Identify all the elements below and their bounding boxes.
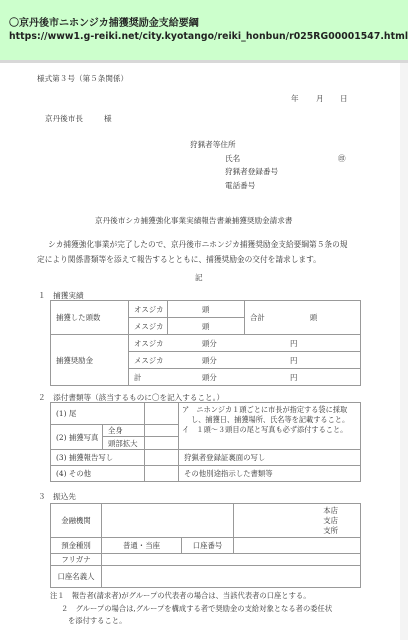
photo-head-check-cell[interactable] [145, 437, 179, 450]
furigana-label: フリガナ [51, 554, 102, 566]
total-unit: 頭 [310, 313, 317, 322]
branch-option-main: 本店 [239, 506, 338, 516]
female-count-label: メスジカ [129, 318, 168, 335]
branch-option-office: 支所 [239, 526, 338, 536]
photo-head-label: 頭部拡大 [103, 437, 145, 450]
address-label: 狩猟者等住所 [190, 139, 236, 150]
account-number-label: 口座番号 [182, 538, 234, 554]
female-bounty-row[interactable]: メスジカ頭分円 [129, 352, 361, 369]
page-header: 〇京丹後市ニホンジカ捕獲奨励金支給要綱 https://www1.g-reiki… [0, 0, 408, 60]
bank-transfer-table: 金融機関 本店 支店 支所 預金種別 普通・当座 口座番号 フリガナ 口座名義人 [50, 503, 361, 588]
registration-number-label: 狩猟者登録番号 [225, 166, 278, 177]
section3-heading: ３ 振込先 [38, 491, 76, 502]
addressee-name: 京丹後市長 [45, 113, 83, 124]
attachments-table: (1) 尾 ア ニホンジカ１頭ごとに市長が指定する袋に採取し、捕獲日、捕獲場所、… [50, 402, 361, 482]
account-holder-cell[interactable] [102, 566, 361, 588]
report-copy-note: 狩猟者登録証裏面の写し [179, 450, 361, 466]
total-label: 合計 [250, 313, 265, 322]
male-bounty-row[interactable]: オスジカ頭分円 [129, 335, 361, 352]
body-line-2: 定により関係書類等を添えて報告するとともに、捕獲奨励金の交付を請求します。 [37, 254, 321, 265]
bank-label: 金融機関 [51, 504, 102, 538]
other-check-cell[interactable] [145, 466, 179, 482]
footnote-2-line-1: ２ グループの場合は,グループを構成する者で奨励金の支給対象となる者の委任状 [61, 604, 332, 614]
bounty-label: 捕獲奨励金 [51, 335, 129, 386]
attachment-report-copy: (3) 捕獲報告写し [51, 450, 145, 466]
body-line-1: シカ捕獲強化事業が完了したので、京丹後市ニホンジカ捕獲奨励金支給要綱第５条の規 [48, 239, 347, 250]
bank-name-cell[interactable] [102, 504, 234, 538]
date-month: 月 [316, 93, 324, 104]
report-copy-check-cell[interactable] [145, 450, 179, 466]
attachment-photo: (2) 捕獲写真 [51, 425, 103, 450]
account-holder-label: 口座名義人 [51, 566, 102, 588]
attachment-tail: (1) 尾 [51, 403, 145, 425]
photo-full-check-cell[interactable] [145, 425, 179, 437]
page-title: 〇京丹後市ニホンジカ捕獲奨励金支給要綱 [9, 14, 199, 29]
furigana-cell[interactable] [102, 554, 361, 566]
attachment-other: (4) その他 [51, 466, 145, 482]
source-url[interactable]: https://www1.g-reiki.net/city.kyotango/r… [9, 31, 408, 42]
tail-photo-notes: ア ニホンジカ１頭ごとに市長が指定する袋に採取し、捕獲日、捕獲場所、氏名等を記載… [179, 403, 361, 450]
seal-mark: ㊞ [338, 153, 346, 164]
form-title: 京丹後市シカ捕獲強化事業実績報告書兼捕獲奨励金請求書 [95, 215, 292, 226]
footnote-2-line-2: を添付すること。 [68, 616, 126, 626]
male-count-label: オスジカ [129, 301, 168, 318]
total-count-cell[interactable]: 合計頭 [245, 301, 361, 335]
account-number-cell[interactable] [234, 538, 361, 554]
branch-type-cell[interactable]: 本店 支店 支所 [234, 504, 361, 538]
male-count-unit[interactable]: 頭 [168, 301, 245, 318]
form-number: 様式第３号（第５条関係） [37, 73, 128, 84]
female-count-unit[interactable]: 頭 [168, 318, 245, 335]
ki-mark: 記 [195, 272, 203, 283]
branch-option-branch: 支店 [239, 516, 338, 526]
date-year: 年 [291, 93, 299, 104]
capture-results-table: 捕獲した頭数 オスジカ 頭 合計頭 メスジカ 頭 捕獲奨励金 オスジカ頭分円 メ… [50, 300, 361, 386]
other-note: その他別途指示した書類等 [179, 466, 361, 482]
tail-check-cell[interactable] [145, 403, 179, 425]
account-type-value[interactable]: 普通・当座 [102, 538, 182, 554]
total-bounty-row[interactable]: 計頭分円 [129, 369, 361, 386]
date-day: 日 [340, 93, 348, 104]
addressee-honorific: 様 [104, 113, 112, 124]
account-type-label: 預金種別 [51, 538, 102, 554]
photo-full-label: 全身 [103, 425, 145, 437]
count-label: 捕獲した頭数 [51, 301, 129, 335]
phone-number-label: 電話番号 [225, 180, 255, 191]
footnote-1: 注１ 報告者(請求者)がグループの代表者の場合は、当該代表者の口座とする。 [50, 591, 311, 601]
name-label: 氏名 [225, 153, 240, 164]
